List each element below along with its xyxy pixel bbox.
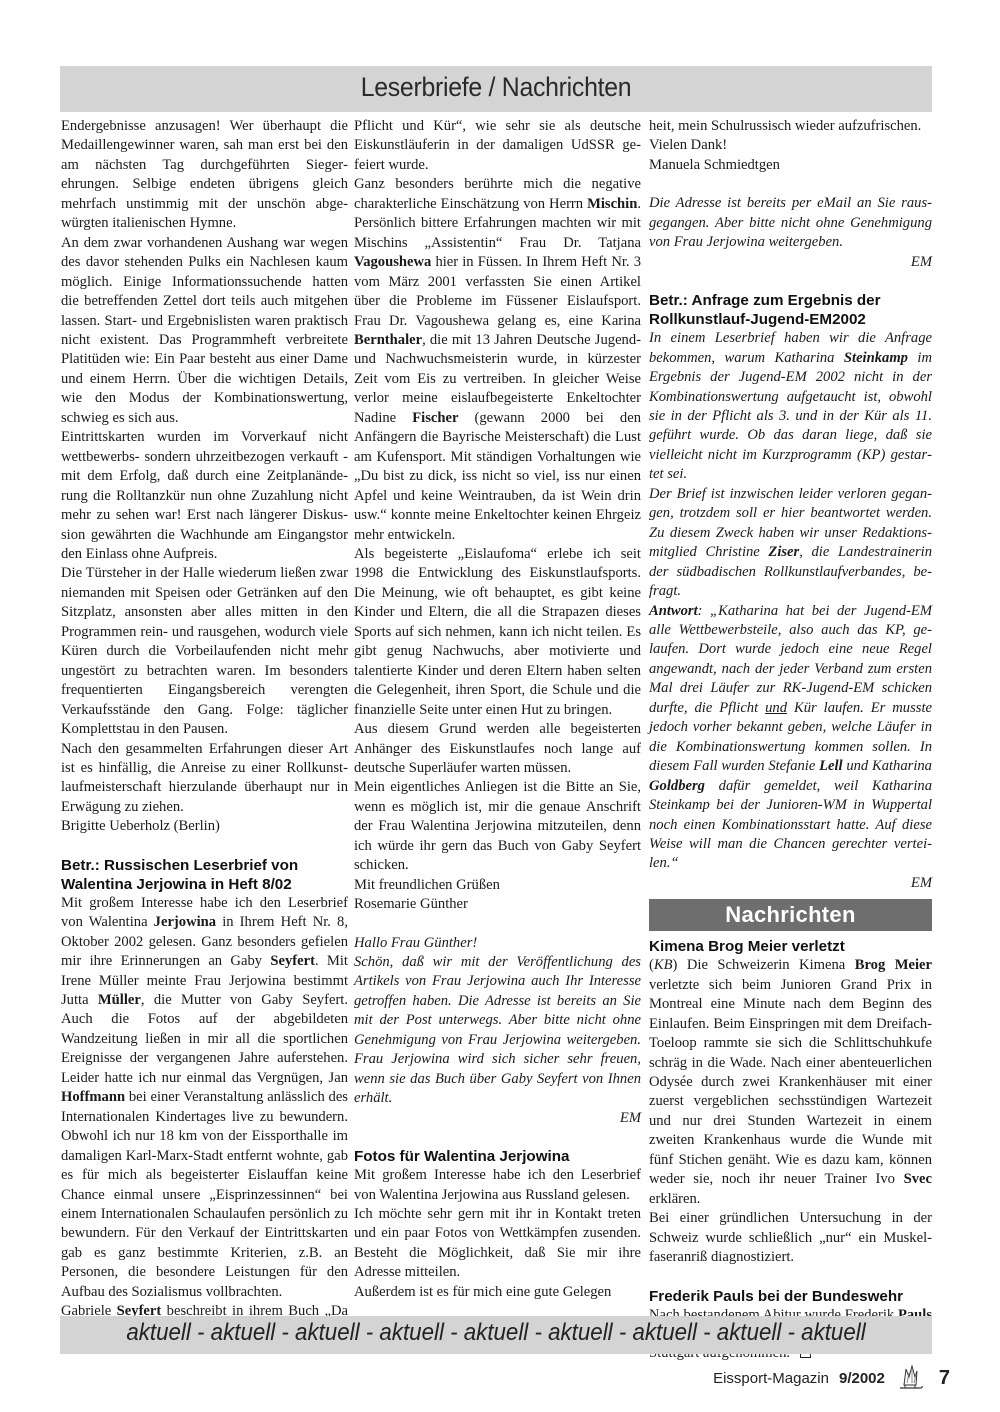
paragraph: Mit großem Interesse habe ich den Leserb… [61,894,348,1303]
letter-closing: Mit freundlichen Grüßen [354,876,641,895]
editor-signature: EM [649,874,932,893]
editor-reply: Die Adresse ist bereits per eMail an Sie… [649,194,932,252]
paragraph: Nach den gesammelten Erfahrungen dieser … [61,740,348,818]
section-header-band: Leserbriefe / Nachrichten [60,66,932,112]
paragraph: Antwort: „Katharina hat bei der Jugend-E… [649,602,932,874]
magazine-name: Eissport-Magazin [713,1370,829,1387]
paragraph: Außerdem ist es für mich eine gute Geleg… [354,1283,641,1302]
paragraph: An dem zwar vorhandenen Aushang war we­g… [61,234,348,429]
ice-skate-icon [895,1363,925,1393]
news-heading: Frederik Pauls bei der Bundeswehr [649,1287,932,1306]
editor-signature: EM [354,1109,641,1128]
paragraph: Ganz besonders berührte mich die negativ… [354,175,641,545]
news-section-title: Nachrichten [725,902,855,927]
aktuell-banner: aktuell - aktuell - aktuell - aktuell - … [60,1316,932,1354]
editor-reply: Schön, daß wir mit der Veröffentlichung … [354,953,641,1109]
paragraph: Ich möchte sehr gern mit ihr in Kontakt … [354,1205,641,1283]
article-heading: Fotos für Walentina Jerjowina [354,1147,641,1166]
page-number: 7 [939,1367,950,1390]
paragraph: Bei einer gründlichen Untersuchung in de… [649,1209,932,1267]
paragraph: Die Türsteher in der Halle wiederum ließ… [61,564,348,739]
paragraph: Pflicht und Kür“, wie sehr sie als deuts… [354,117,641,175]
paragraph: (KB) Die Schweizerin Kimena Brog Meier v… [649,956,932,1209]
paragraph: Der Brief ist inzwischen leider verloren… [649,485,932,602]
editor-signature: EM [649,253,932,272]
magazine-issue: 9/2002 [839,1370,885,1387]
column-2: Pflicht und Kür“, wie sehr sie als deuts… [354,117,641,1302]
news-section-band: Nachrichten [649,899,932,931]
paragraph: Als begeisterte „Eislaufoma“ erlebe ich … [354,545,641,720]
article-heading: Betr.: Russischen Leserbrief von Walenti… [61,856,348,894]
page-footer: Eissport-Magazin 9/2002 7 [713,1363,950,1393]
paragraph: heit, mein Schulrussisch wieder aufzufri… [649,117,932,136]
paragraph: Mit großem Interesse habe ich den Leserb… [354,1166,641,1205]
letter-signature: Rosemarie Günther [354,895,641,914]
paragraph: Vielen Dank! [649,136,932,155]
letter-signature: Manuela Schmiedtgen [649,156,932,175]
paragraph: Aus diesem Grund werden alle begeisterte… [354,720,641,778]
aktuell-banner-text: aktuell - aktuell - aktuell - aktuell - … [91,1319,902,1347]
column-1: Endergebnisse anzusagen! Wer überhaupt d… [61,117,348,1341]
article-heading: Betr.: Anfrage zum Ergebnis der Rollkuns… [649,291,932,329]
paragraph: Mein eigentliches Anliegen ist die Bitte… [354,778,641,875]
editor-reply-greeting: Hallo Frau Günther! [354,934,641,953]
letter-signature: Brigitte Ueberholz (Berlin) [61,817,348,836]
paragraph: In einem Leserbrief haben wir die Anfrag… [649,329,932,485]
section-title: Leserbriefe / Nachrichten [95,72,897,103]
paragraph: Endergebnisse anzusagen! Wer überhaupt d… [61,117,348,234]
paragraph: Eintrittskarten wurden im Vorverkauf nic… [61,428,348,564]
column-3: heit, mein Schulrussisch wieder aufzufri… [649,117,932,1364]
news-heading: Kimena Brog Meier verletzt [649,937,932,956]
